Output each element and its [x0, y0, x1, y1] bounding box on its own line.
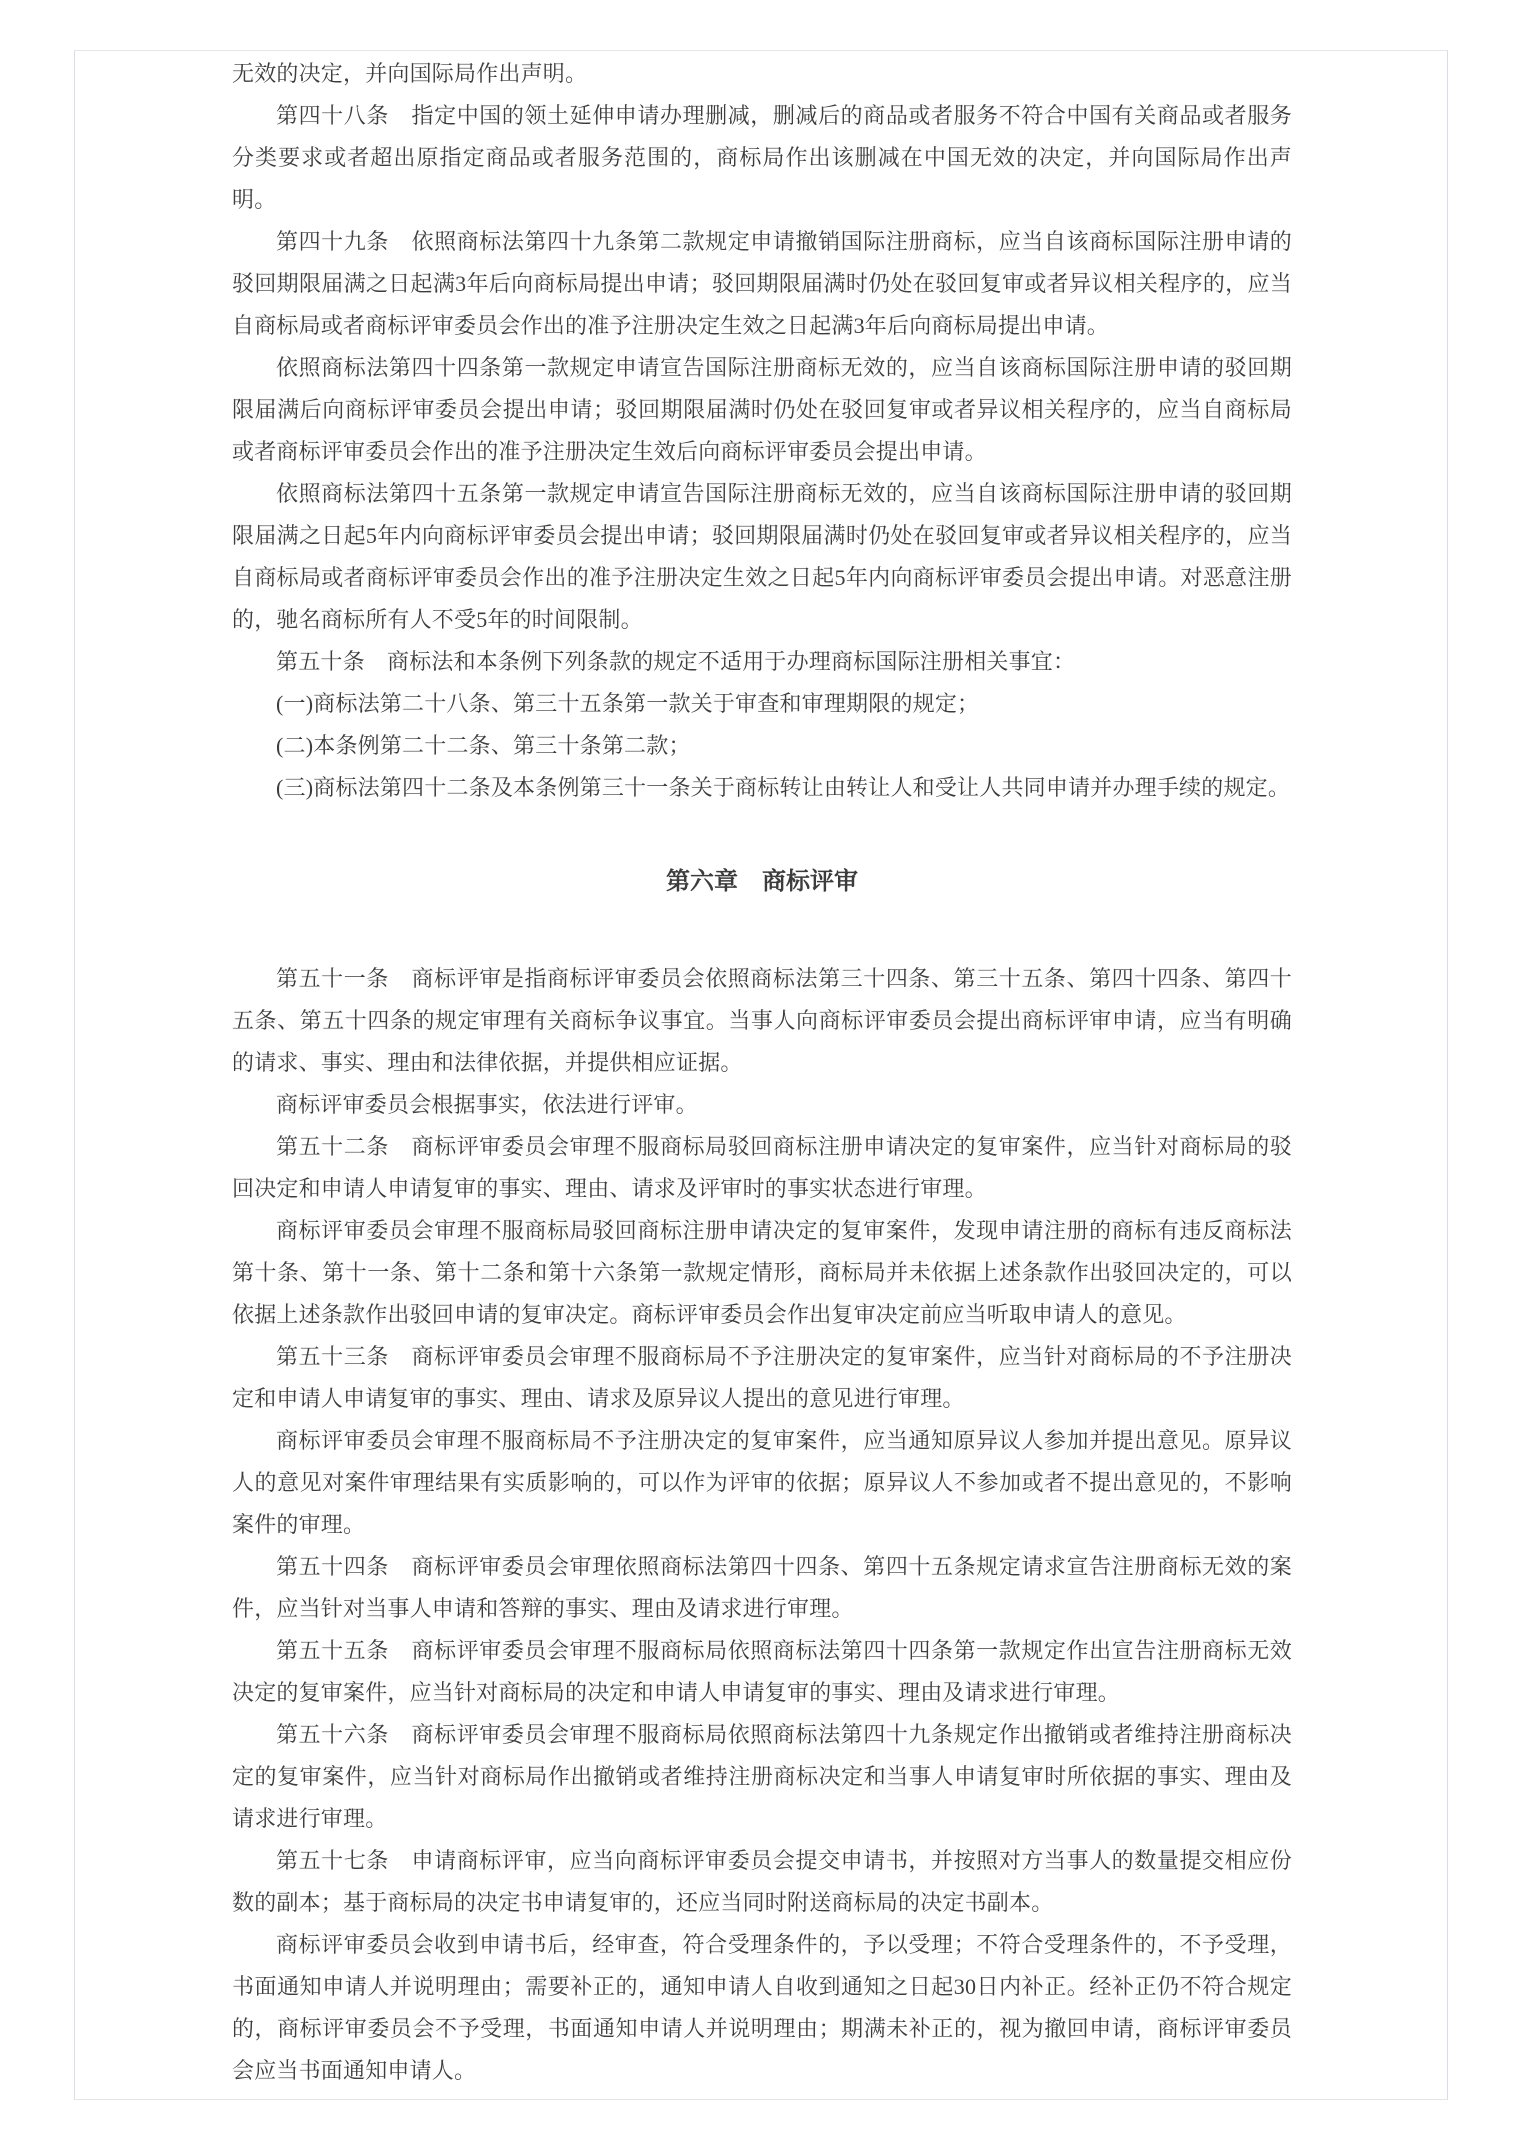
paragraph-article-56: 第五十六条 商标评审委员会审理不服商标局依照商标法第四十九条规定作出撤销或者维持…: [232, 1714, 1292, 1840]
document-page: 无效的决定，并向国际局作出声明。 第四十八条 指定中国的领土延伸申请办理删减，删…: [74, 50, 1448, 2100]
chapter-heading: 第六章 商标评审: [232, 861, 1292, 903]
paragraph-article-50: 第五十条 商标法和本条例下列条款的规定不适用于办理商标国际注册相关事宜：: [232, 641, 1292, 683]
paragraph: 商标评审委员会审理不服商标局驳回商标注册申请决定的复审案件，发现申请注册的商标有…: [232, 1210, 1292, 1336]
paragraph: 依照商标法第四十四条第一款规定申请宣告国际注册商标无效的，应当自该商标国际注册申…: [232, 347, 1292, 473]
paragraph-article-57: 第五十七条 申请商标评审，应当向商标评审委员会提交申请书，并按照对方当事人的数量…: [232, 1840, 1292, 1924]
paragraph-article-52: 第五十二条 商标评审委员会审理不服商标局驳回商标注册申请决定的复审案件，应当针对…: [232, 1126, 1292, 1210]
list-item-3: (三)商标法第四十二条及本条例第三十一条关于商标转让由转让人和受让人共同申请并办…: [232, 767, 1292, 809]
paragraph-article-49: 第四十九条 依照商标法第四十九条第二款规定申请撤销国际注册商标，应当自该商标国际…: [232, 221, 1292, 347]
paragraph: 商标评审委员会根据事实，依法进行评审。: [232, 1084, 1292, 1126]
list-item-1: (一)商标法第二十八条、第三十五条第一款关于审查和审理期限的规定；: [232, 683, 1292, 725]
paragraph-article-54: 第五十四条 商标评审委员会审理依照商标法第四十四条、第四十五条规定请求宣告注册商…: [232, 1546, 1292, 1630]
list-item-2: (二)本条例第二十二条、第三十条第二款；: [232, 725, 1292, 767]
paragraph-article-55: 第五十五条 商标评审委员会审理不服商标局依照商标法第四十四条第一款规定作出宣告注…: [232, 1630, 1292, 1714]
paragraph: 商标评审委员会审理不服商标局不予注册决定的复审案件，应当通知原异议人参加并提出意…: [232, 1420, 1292, 1546]
paragraph: 依照商标法第四十五条第一款规定申请宣告国际注册商标无效的，应当自该商标国际注册申…: [232, 473, 1292, 641]
paragraph-article-53: 第五十三条 商标评审委员会审理不服商标局不予注册决定的复审案件，应当针对商标局的…: [232, 1336, 1292, 1420]
paragraph: 无效的决定，并向国际局作出声明。: [232, 53, 1292, 95]
paragraph-article-51: 第五十一条 商标评审是指商标评审委员会依照商标法第三十四条、第三十五条、第四十四…: [232, 958, 1292, 1084]
paragraph-article-48: 第四十八条 指定中国的领土延伸申请办理删减，删减后的商品或者服务不符合中国有关商…: [232, 95, 1292, 221]
paragraph: 商标评审委员会收到申请书后，经审查，符合受理条件的，予以受理；不符合受理条件的，…: [232, 1924, 1292, 2092]
